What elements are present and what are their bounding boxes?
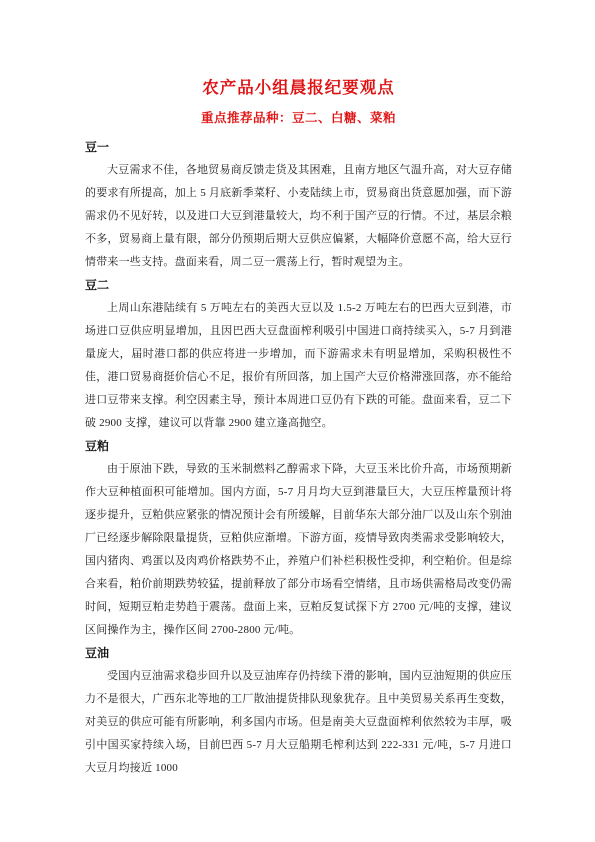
section-douyou: 豆油 受国内豆油需求稳步回升以及豆油库存仍持续下滑的影响，国内豆油短期的供应压力…	[85, 642, 512, 780]
section-heading: 豆一	[85, 136, 512, 159]
section-paragraph: 上周山东港陆续有 5 万吨左右的美西大豆以及 1.5-2 万吨左右的巴西大豆到港…	[85, 297, 512, 435]
section-heading: 豆油	[85, 642, 512, 665]
report-page: 农产品小组晨报纪要观点 重点推荐品种：豆二、白糖、菜粕 豆一 大豆需求不佳，各地…	[0, 0, 595, 842]
section-paragraph: 大豆需求不佳，各地贸易商反馈走货及其困难，且南方地区气温升高，对大豆存储的要求有…	[85, 159, 512, 274]
section-heading: 豆粕	[85, 435, 512, 458]
section-paragraph: 由于原油下跌，导致的玉米制燃料乙醇需求下降，大豆玉米比价升高，市场预期新作大豆种…	[85, 458, 512, 642]
section-douer: 豆二 上周山东港陆续有 5 万吨左右的美西大豆以及 1.5-2 万吨左右的巴西大…	[85, 274, 512, 435]
section-heading: 豆二	[85, 274, 512, 297]
section-paragraph: 受国内豆油需求稳步回升以及豆油库存仍持续下滑的影响，国内豆油短期的供应压力不是很…	[85, 665, 512, 780]
section-douyi: 豆一 大豆需求不佳，各地贸易商反馈走货及其困难，且南方地区气温升高，对大豆存储的…	[85, 136, 512, 274]
doc-subtitle: 重点推荐品种：豆二、白糖、菜粕	[85, 109, 512, 127]
doc-title: 农产品小组晨报纪要观点	[85, 76, 512, 100]
section-doupo: 豆粕 由于原油下跌，导致的玉米制燃料乙醇需求下降，大豆玉米比价升高，市场预期新作…	[85, 435, 512, 642]
